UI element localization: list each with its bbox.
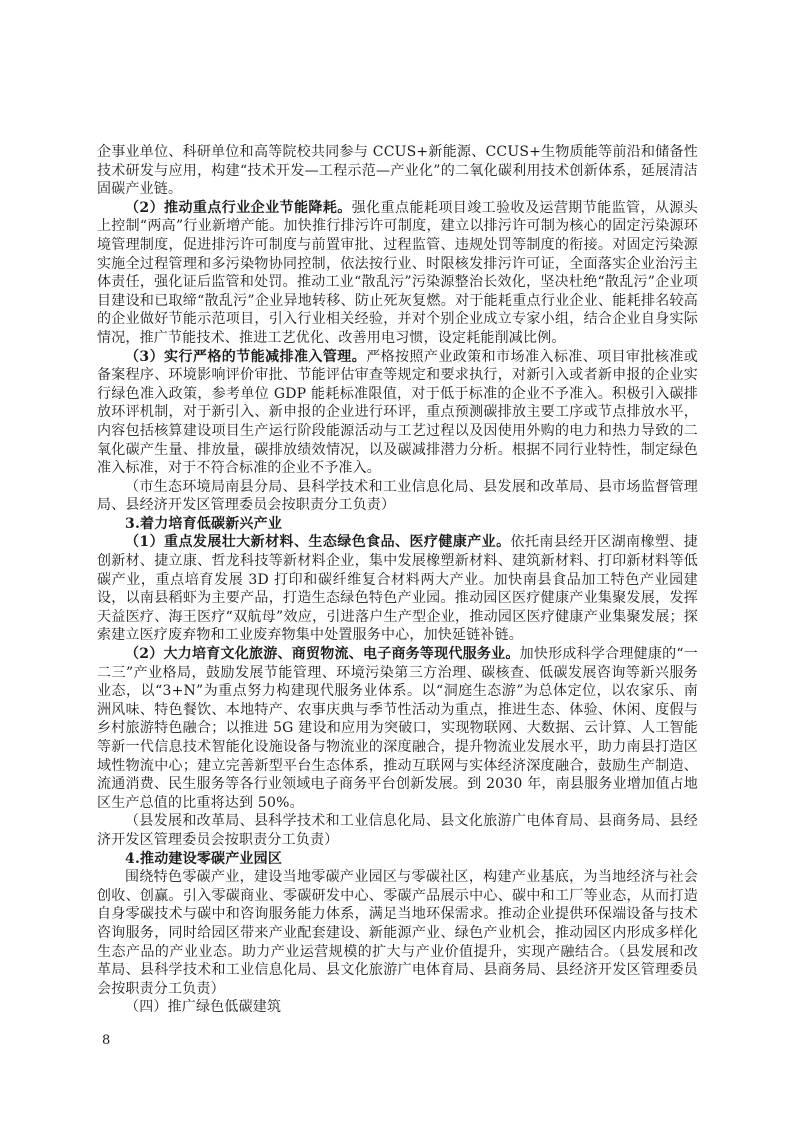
paragraph-item3-2-modern-services: （2）大力培育文化旅游、商贸物流、电子商务等现代服务业。加快形成科学合理健康的“… (97, 645, 698, 812)
paragraph-text: （县发展和改革局、县科学技术和工业信息化局、县文化旅游广电体育局、县商务局、县经… (97, 813, 698, 848)
heading-section-si-green-building: （四）推广绿色低碳建筑 (97, 998, 698, 1017)
paragraph-responsibility-1: （市生态环境局南县分局、县科学技术和工业信息化局、县发展和改革局、县市场监督管理… (97, 478, 698, 515)
paragraph-item2-energy-saving: （2）推动重点行业企业节能降耗。强化重点能耗项目竣工验收及运营期节能监管，从源头… (97, 199, 698, 348)
paragraph-bold-lead: （1）重点发展壮大新材料、生态绿色食品、医疗健康产业。 (125, 534, 511, 550)
paragraph-bold-lead: （2）大力培育文化旅游、商贸物流、电子商务等现代服务业。 (125, 646, 520, 662)
paragraph-text: 围绕特色零碳产业，建设当地零碳产业园区与零碳社区，构建产业基底，为当地经济与社会… (97, 869, 698, 997)
paragraph-text: （市生态环境局南县分局、县科学技术和工业信息化局、县发展和改革局、县市场监督管理… (97, 479, 698, 514)
paragraph-responsibility-2: （县发展和改革局、县科学技术和工业信息化局、县文化旅游广电体育局、县商务局、县经… (97, 812, 698, 849)
heading-section-3: 3.着力培育低碳新兴产业 (97, 515, 698, 534)
paragraph-text: 加快形成科学合理健康的“一二三”产业格局，鼓励发展节能管理、环境污染第三方治理、… (97, 646, 698, 811)
document-page: 企事业单位、科研单位和高等院校共同参与 CCUS+新能源、CCUS+生物质能等前… (0, 0, 793, 1122)
paragraph-text: 依托南县经开区湖南橡塑、捷创新材、捷立康、哲龙科技等新材料企业，集中发展橡塑新材… (97, 534, 698, 643)
page-number: 8 (102, 1032, 110, 1050)
heading-section-4: 4.推动建设零碳产业园区 (97, 850, 698, 869)
paragraph-intro-continuation: 企事业单位、科研单位和高等院校共同参与 CCUS+新能源、CCUS+生物质能等前… (97, 143, 698, 199)
paragraph-text: 企事业单位、科研单位和高等院校共同参与 CCUS+新能源、CCUS+生物质能等前… (97, 144, 698, 197)
paragraph-text: 强化重点能耗项目竣工验收及运营期节能监管，从源头上控制“两高”行业新增产能。加快… (97, 200, 698, 346)
paragraph-item3-1-new-materials: （1）重点发展壮大新材料、生态绿色食品、医疗健康产业。依托南县经开区湖南橡塑、捷… (97, 533, 698, 645)
paragraph-bold-lead: （2）推动重点行业企业节能降耗。 (125, 200, 352, 216)
paragraph-text: 严格按照产业政策和市场准入标准、项目审批核准或备案程序、环境影响评价审批、节能评… (97, 349, 698, 477)
paragraph-item3-admission-management: （3）实行严格的节能减排准入管理。严格按照产业政策和市场准入标准、项目审批核准或… (97, 348, 698, 478)
paragraph-bold-lead: （3）实行严格的节能减排准入管理。 (125, 349, 366, 365)
paragraph-zero-carbon-park: 围绕特色零碳产业，建设当地零碳产业园区与零碳社区，构建产业基底，为当地经济与社会… (97, 868, 698, 998)
document-body: 企事业单位、科研单位和高等院校共同参与 CCUS+新能源、CCUS+生物质能等前… (97, 143, 698, 1017)
